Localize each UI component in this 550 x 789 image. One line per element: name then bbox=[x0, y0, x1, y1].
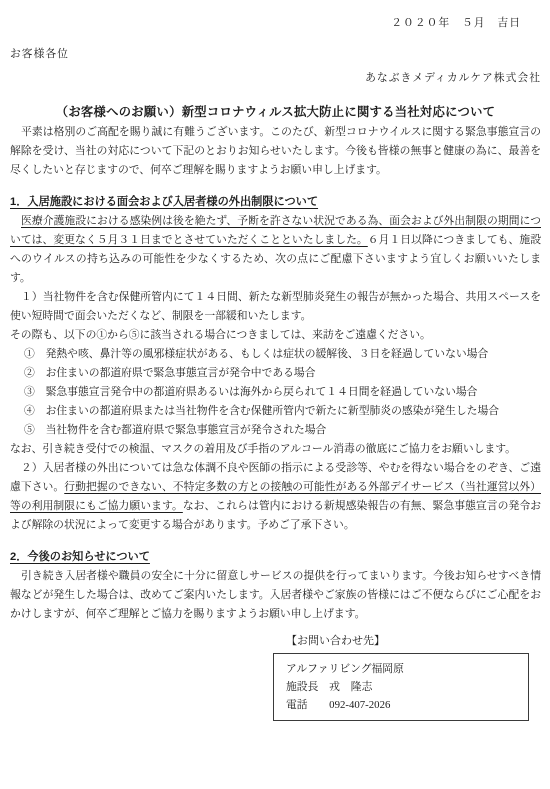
intro-paragraph: 平素は格別のご高配を賜り誠に有難うございます。このたび、新型コロナウイルスに関す… bbox=[10, 123, 541, 180]
section2-paragraph: 引き続き入居者様や職員の安全に十分に留意しサービスの提供を行ってまいります。今後… bbox=[10, 567, 541, 624]
condition-item-1: ① 発熱や咳、鼻汁等の風邪様症状がある、もしくは症状の緩解後、３日を経過していな… bbox=[10, 345, 541, 364]
visit-conditions-intro: その際も、以下の①から⑤に該当される場合につきましては、来訪をご遠慮ください。 bbox=[10, 326, 541, 345]
section2-heading: 2．今後のお知らせについて bbox=[10, 548, 541, 567]
section1-heading: 1．入居施設における面会および入居者様の外出制限について bbox=[10, 193, 541, 212]
sender-company: あなぶきメディカルケア株式会社 bbox=[10, 69, 541, 88]
condition-item-5: ⑤ 当社物件を含む都道府県で緊急事態宣言が発令された場合 bbox=[10, 421, 541, 440]
contact-manager-name: 施設長 戎 隆志 bbox=[286, 678, 516, 696]
date-line: ２０２０年 ５月 吉日 bbox=[10, 14, 541, 33]
condition-item-4: ④ お住まいの都道府県または当社物件を含む保健所管内で新たに新型肺炎の感染が発生… bbox=[10, 402, 541, 421]
outing-restriction-item: ２）入居者様の外出については急な体調不良や医師の指示による受診等、やむを得ない場… bbox=[10, 459, 541, 535]
condition-item-2: ② お住まいの都道府県で緊急事態宣言が発令中である場合 bbox=[10, 364, 541, 383]
contact-box: アルファリビング福岡原 施設長 戎 隆志 電話 092-407-2026 bbox=[273, 653, 529, 721]
letter-page: ２０２０年 ５月 吉日 お客様各位 あなぶきメディカルケア株式会社 （お客様への… bbox=[0, 0, 550, 721]
disinfection-note: なお、引き続き受付での検温、マスクの着用及び手指のアルコール消毒の徹底にご協力を… bbox=[10, 440, 541, 459]
recipient: お客様各位 bbox=[10, 45, 541, 64]
letter-title: （お客様へのお願い）新型コロナウィルス拡大防止に関する当社対応について bbox=[10, 101, 541, 123]
visit-easing-item: １）当社物件を含む保健所管内にて１４日間、新たな新型肺炎発生の報告が無かった場合… bbox=[10, 288, 541, 326]
contact-label: 【お問い合わせ先】 bbox=[286, 632, 541, 650]
section1-lead-paragraph: 医療介護施設における感染例は後を絶たず、予断を許さない状況である為、面会および外… bbox=[10, 212, 541, 288]
condition-item-3: ③ 緊急事態宣言発令中の都道府県あるいは海外から戻られて１４日間を経過していない… bbox=[10, 383, 541, 402]
contact-facility-name: アルファリビング福岡原 bbox=[286, 660, 516, 678]
contact-phone: 電話 092-407-2026 bbox=[286, 696, 516, 714]
